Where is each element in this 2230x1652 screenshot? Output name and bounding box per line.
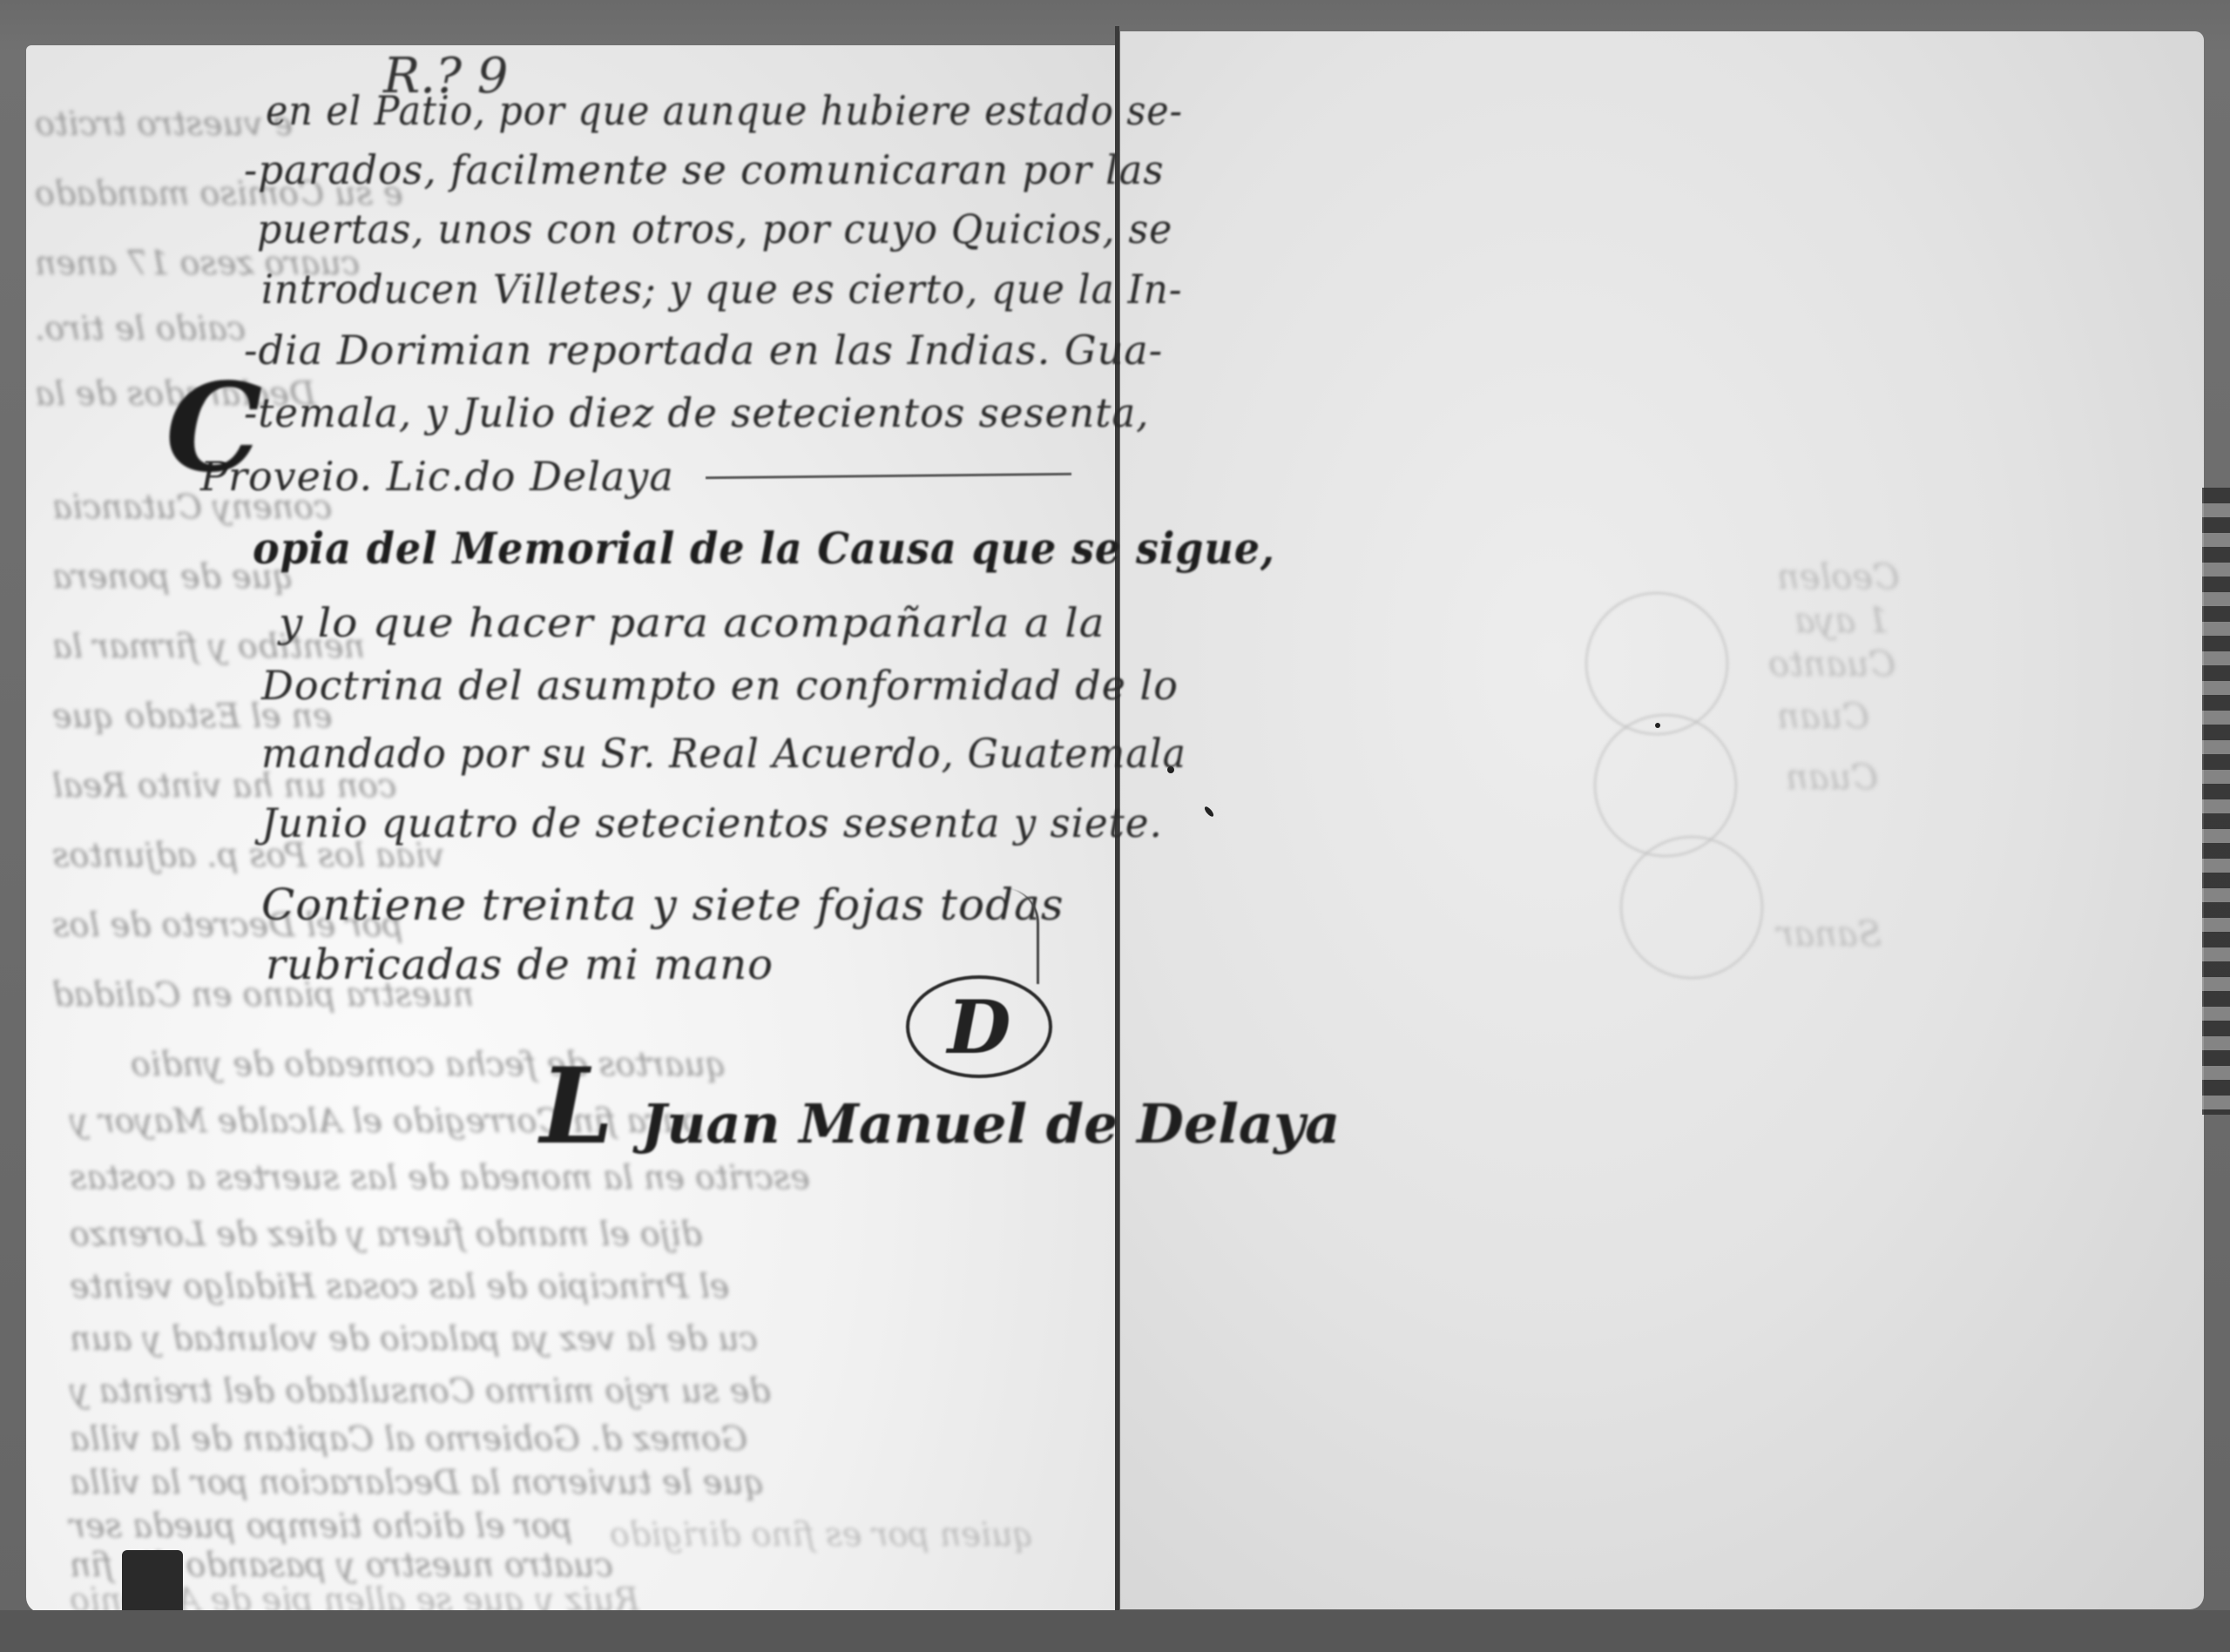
manuscript-line: Doctrina del asumpto en conformidad de l… [261,662,1179,709]
bleed-line: de su rejo mirmo Consultado del treinta … [70,1372,771,1410]
bleed-line: cu de la vez ya palacio de voluntad y au… [70,1319,758,1358]
signature-prefix: L [540,1045,613,1168]
bleed-line: quien por es fino dirigido [610,1515,1034,1554]
manuscript-line: opia del Memorial de la Causa que se sig… [253,523,1275,574]
manuscript-line: mandado por su Sr. Real Acuerdo, Guatema… [261,730,1186,777]
bleed-line: dijo el mando fuera y diez de Lorenzo [70,1215,702,1253]
bleed-line: Cuan [1786,758,1878,798]
rubric-circle: D [906,975,1052,1078]
bleed-line: Cuanto [1768,644,1895,684]
manuscript-line: Contiene treinta y siete fojas todas [261,880,1064,930]
bleed-line: e vuestro trcito [35,105,293,143]
manuscript-line: rubricadas de mi mano [266,941,774,989]
bleed-line: el Principio de las cosas Hidalgo veinte [70,1267,729,1305]
scan-bottom-border [0,1610,2230,1652]
signature-name: Juan Manuel de Delaya [641,1092,1340,1156]
rubric-glyph: D [948,984,1011,1070]
ghost-stamp-circle [1585,592,1728,735]
ink-speck [1655,723,1660,728]
manuscript-line: -temala, y Julio diez de setecientos ses… [244,389,1150,436]
manuscript-line: Junio quatro de setecientos sesenta y si… [261,799,1163,846]
bleed-line: 1 aya [1794,601,1889,641]
bleed-line: Gomez d. Gobierno al Capitan de la villa [70,1419,747,1458]
bleed-line: Cuan [1777,697,1869,737]
manuscript-line: Proveio. Lic.do Delaya [200,453,674,500]
manuscript-line: en el Patio, por que aunque hubiere esta… [266,87,1183,134]
ghost-stamp-circle [1620,836,1763,979]
manuscript-line: y lo que hacer para acompañarla a la [279,599,1105,646]
manuscript-line: puertas, unos con otros, por cuyo Quicio… [257,206,1172,253]
manuscript-line: introducen Villetes; y que es cierto, qu… [261,266,1182,313]
section-initial: C [166,357,262,500]
bleed-line: por el dicho tiempo pueda ser [70,1507,572,1545]
bleed-line: caido le tiro. [35,309,246,347]
bleed-line: Sanar [1777,914,1882,954]
bleed-line: que le tuvieron la Declaracion por la vi… [70,1463,765,1501]
bleed-line: Ceolen [1777,557,1900,597]
manuscript-line: -dia Dorimian reportada en las Indias. G… [244,327,1163,374]
ghost-stamp-circle [1594,714,1737,857]
right-edge-page-stack [2202,488,2230,1115]
manuscript-line: -parados, facilmente se comunicaran por … [244,146,1165,193]
